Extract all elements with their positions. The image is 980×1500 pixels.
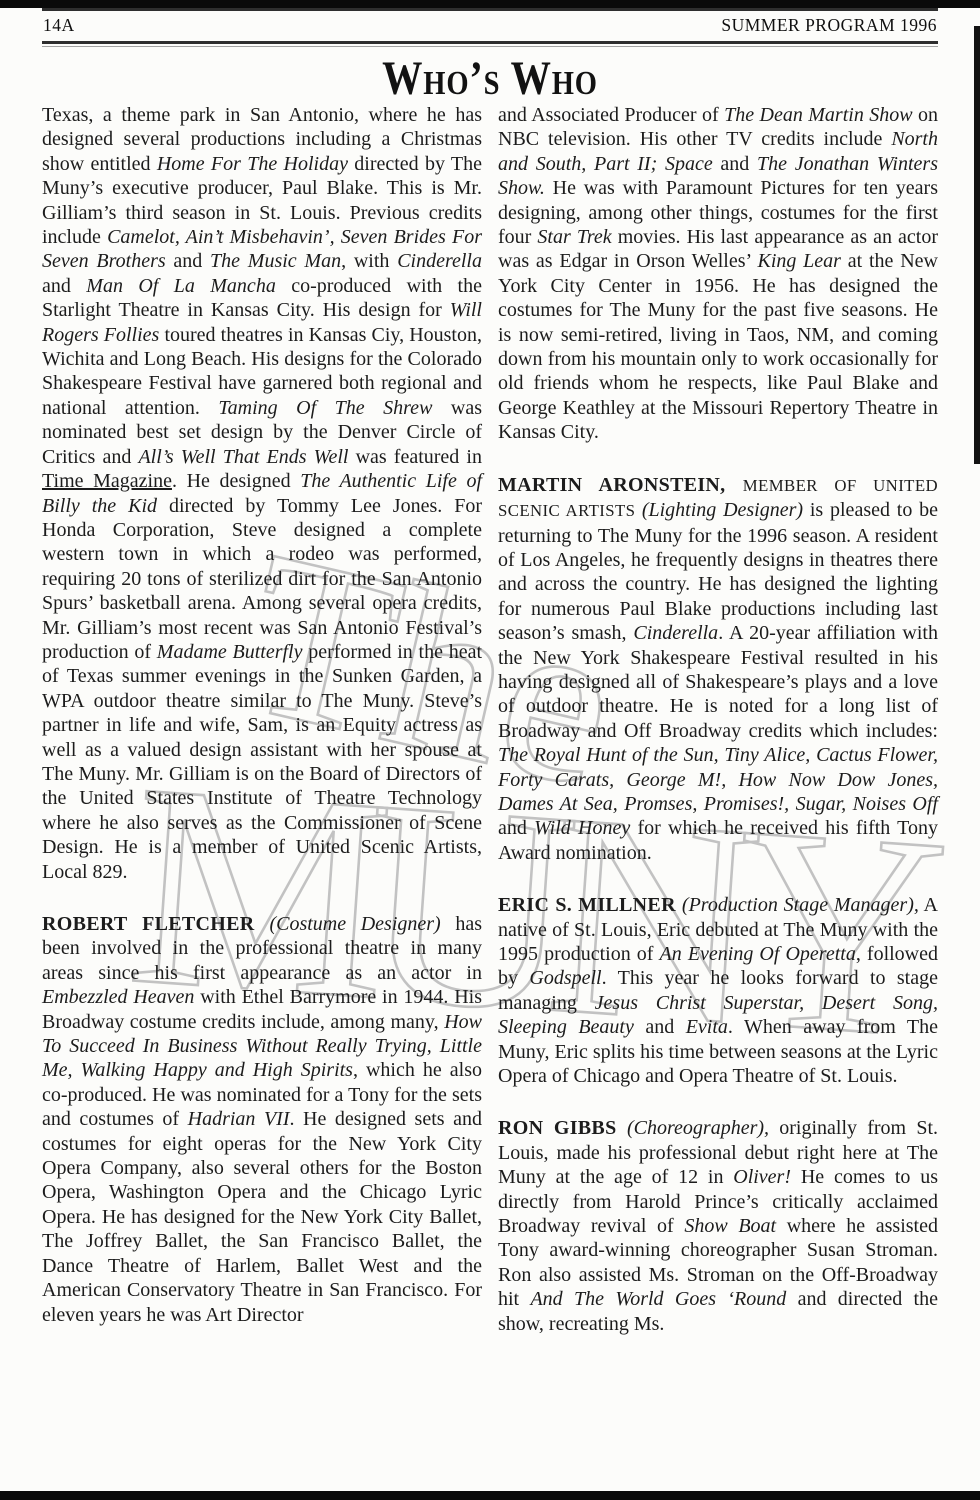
header-row: 14A SUMMER PROGRAM 1996 xyxy=(42,11,938,41)
text-segment: Home For The Holiday xyxy=(157,153,348,175)
text-segment: , with xyxy=(341,250,397,272)
text-segment: RON GIBBS xyxy=(498,1117,627,1139)
text-segment: Star Trek xyxy=(537,226,611,248)
text-segment: was featured in xyxy=(348,446,482,468)
text-segment: Evita xyxy=(686,1016,728,1038)
bio-paragraph: ERIC S. MILLNER (Production Stage Manage… xyxy=(498,893,938,1088)
text-segment: (Production Stage Manager), xyxy=(682,894,919,916)
text-segment: Taming Of The Shrew xyxy=(218,397,432,419)
text-segment: performed in the heat of Texas summer ev… xyxy=(42,641,482,883)
text-segment: Man Of La Mancha xyxy=(86,275,276,297)
text-segment: Time Magazine xyxy=(42,470,172,492)
text-segment: Cinderella xyxy=(397,250,482,272)
column-right: and Associated Producer of The Dean Mart… xyxy=(498,103,938,1336)
text-segment: Madame Butterfly xyxy=(157,641,303,663)
text-segment: and Associated Producer of xyxy=(498,104,724,126)
text-segment: Wild Honey xyxy=(534,817,630,839)
program-page: The MUNY 14A SUMMER PROGRAM 1996 Who’s W… xyxy=(0,0,980,1500)
text-segment: The Music Man xyxy=(210,250,341,272)
text-segment: ERIC S. MILLNER xyxy=(498,894,682,916)
text-segment: Oliver! xyxy=(733,1166,791,1188)
text-segment: Godspell xyxy=(529,967,601,989)
text-segment: and xyxy=(166,250,210,272)
text-segment: (Choreographer), xyxy=(627,1117,769,1139)
bio-paragraph: ROBERT FLETCHER (Costume Designer) has b… xyxy=(42,912,482,1327)
scan-edge-top xyxy=(0,0,980,8)
text-segment: and xyxy=(42,275,86,297)
text-columns: Texas, a theme park in San Antonio, wher… xyxy=(42,103,938,1336)
text-segment: directed by Tommy Lee Jones. For Honda C… xyxy=(42,495,482,663)
text-segment: . He designed sets and costumes for eigh… xyxy=(42,1108,482,1325)
bio-paragraph: RON GIBBS (Choreographer), originally fr… xyxy=(498,1116,938,1336)
text-segment: (Lighting Designer) xyxy=(642,499,803,521)
column-left: Texas, a theme park in San Antonio, wher… xyxy=(42,103,482,1336)
text-segment: An Evening Of Operetta xyxy=(660,943,856,965)
page-content: 14A SUMMER PROGRAM 1996 Who’s Who Texas,… xyxy=(0,7,980,1336)
text-segment: MARTIN ARONSTEIN, xyxy=(498,474,743,496)
section-title: Who’s Who xyxy=(114,55,867,103)
bio-paragraph: MARTIN ARONSTEIN, MEMBER OF UNITED SCENI… xyxy=(498,473,938,866)
text-segment: The Dean Martin Show xyxy=(724,104,913,126)
text-segment: King Lear xyxy=(757,250,840,272)
text-segment: All’s Well That Ends Well xyxy=(138,446,348,468)
text-segment: and xyxy=(713,153,757,175)
text-segment: Cinderella xyxy=(633,622,718,644)
text-segment: Show Boat xyxy=(684,1215,776,1237)
text-segment: at the New York City Center in 1956. He … xyxy=(498,250,938,443)
page-number: 14A xyxy=(43,15,75,36)
bio-paragraph: Texas, a theme park in San Antonio, wher… xyxy=(42,103,482,884)
text-segment: ROBERT FLETCHER xyxy=(42,913,269,935)
text-segment: . He designed xyxy=(172,470,300,492)
page-header: 14A SUMMER PROGRAM 1996 xyxy=(42,7,938,47)
scan-edge-bottom xyxy=(0,1491,980,1500)
bio-paragraph: and Associated Producer of The Dean Mart… xyxy=(498,103,938,445)
program-title: SUMMER PROGRAM 1996 xyxy=(721,15,937,36)
header-rule-bottom-shadow xyxy=(42,46,938,47)
text-segment: And The World Goes ‘Round xyxy=(530,1288,786,1310)
text-segment: (Costume Designer) xyxy=(269,913,440,935)
scan-edge-right xyxy=(974,26,980,464)
text-segment: The Royal Hunt of the Sun, Tiny Alice, C… xyxy=(498,744,938,815)
header-rule-bottom xyxy=(42,41,938,44)
text-segment: Embezzled Heaven xyxy=(42,986,194,1008)
text-segment: and xyxy=(498,817,534,839)
text-segment: and xyxy=(634,1016,686,1038)
text-segment: Hadrian VII xyxy=(188,1108,290,1130)
